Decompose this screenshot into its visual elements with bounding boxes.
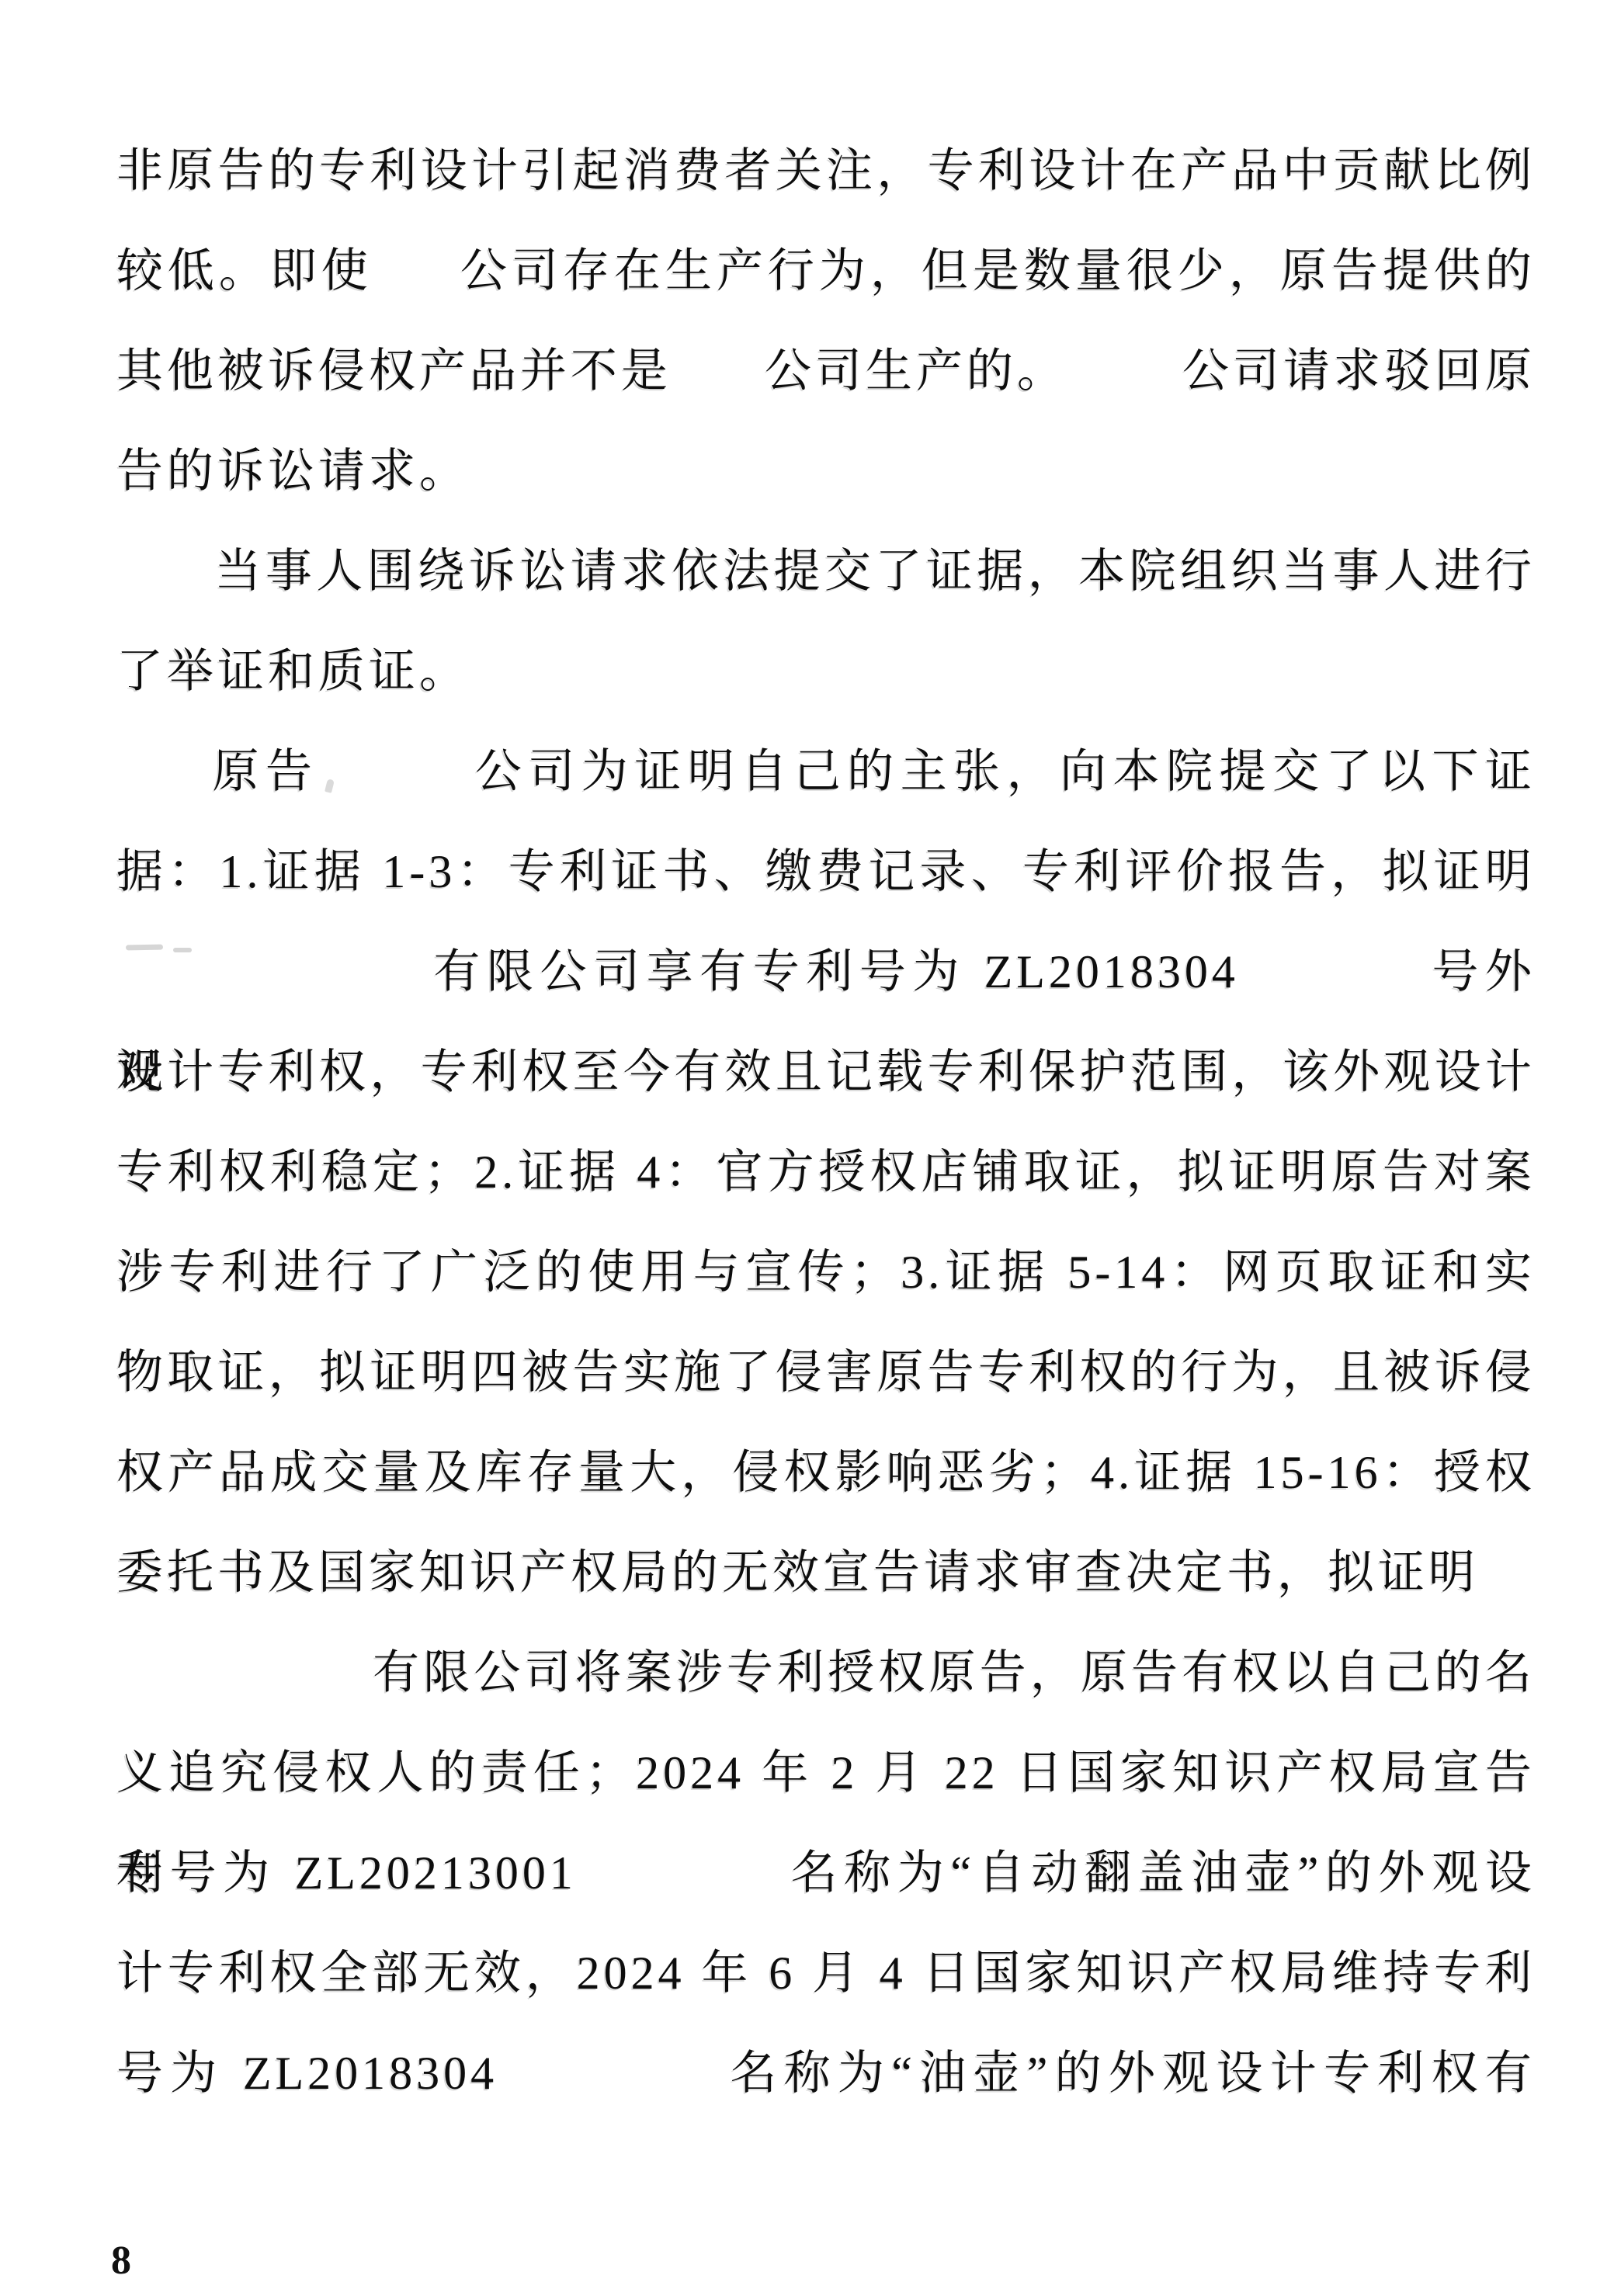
text-line: 物取证，拟证明四被告实施了侵害原告专利权的行为，且被诉侵	[116, 1323, 1536, 1423]
text-segment: 较低。即使	[116, 245, 373, 297]
redacted-blank	[116, 1687, 373, 1688]
text-line: 非原告的专利设计引起消费者关注，专利设计在产品中贡献比例	[116, 121, 1536, 221]
text-segment: 告的诉讼请求。	[116, 446, 470, 497]
page-number: 8	[111, 2234, 173, 2288]
body-text: 非原告的专利设计引起消费者关注，专利设计在产品中贡献比例较低。即使公司存在生产行…	[116, 121, 1536, 2124]
text-line: 号为 ZL2018304名称为“油壶”的外观设计专利权有	[116, 2024, 1536, 2124]
text-line: 了举证和质证。	[116, 622, 1536, 722]
text-line: 有限公司享有专利号为 ZL2018304号外观	[116, 922, 1536, 1022]
text-line: 设计专利权，专利权至今有效且记载专利保护范围，该外观设计	[116, 1022, 1536, 1122]
text-segment: 设计专利权，专利权至今有效且记载专利保护范围，该外观设计	[116, 1046, 1536, 1098]
text-segment: 有限公司将案涉专利授权原告，原告有权以自己的名	[373, 1647, 1536, 1698]
redacted-blank	[498, 2087, 727, 2089]
redacted-blank	[577, 1887, 788, 1888]
text-segment: 公司生产的。	[765, 345, 1067, 397]
text-line: 告的诉讼请求。	[116, 421, 1536, 522]
text-segment: 原告	[210, 746, 318, 797]
text-line: 专利权利稳定；2.证据 4：官方授权店铺取证，拟证明原告对案	[116, 1122, 1536, 1223]
text-segment: 公司存在生产行为，但是数量很少，原告提供的	[460, 245, 1536, 297]
text-segment: 利号为 ZL20213001	[116, 1847, 577, 1899]
text-segment: 名称为“自动翻盖油壶”的外观设	[788, 1847, 1536, 1899]
text-segment: 涉专利进行了广泛的使用与宣传；3.证据 5-14：网页取证和实	[116, 1247, 1536, 1298]
text-line: 计专利权全部无效，2024 年 6 月 4 日国家知识产权局维持专利	[116, 1923, 1536, 2024]
text-line: 利号为 ZL20213001名称为“自动翻盖油壶”的外观设	[116, 1823, 1536, 1923]
text-segment: 公司为证明自己的主张，向本院提交了以下证	[472, 746, 1536, 797]
redacted-blank	[116, 786, 210, 787]
scan-artifact-smudge	[173, 948, 192, 952]
redacted-blank	[373, 285, 460, 286]
redacted-blank	[116, 986, 431, 987]
text-segment: 有限公司享有专利号为 ZL2018304	[431, 946, 1239, 997]
text-segment: 号为 ZL2018304	[116, 2048, 498, 2099]
text-line: 其他被诉侵权产品并不是公司生产的。公司请求驳回原	[116, 321, 1536, 421]
text-line: 有限公司将案涉专利授权原告，原告有权以自己的名	[116, 1623, 1536, 1723]
redacted-blank	[318, 786, 472, 787]
redacted-blank	[1239, 986, 1429, 987]
text-segment: 名称为“油壶”的外观设计专利权有	[727, 2048, 1536, 2099]
text-segment: 公司请求驳回原	[1182, 345, 1536, 397]
text-segment: 权产品成交量及库存量大，侵权影响恶劣；4.证据 15-16：授权	[116, 1447, 1536, 1498]
redacted-blank	[672, 385, 765, 387]
text-segment: 物取证，拟证明四被告实施了侵害原告专利权的行为，且被诉侵	[116, 1347, 1536, 1398]
text-segment: 据：1.证据 1-3：专利证书、缴费记录、专利评价报告，拟证明	[116, 846, 1536, 897]
text-segment: 了举证和质证。	[116, 646, 470, 697]
text-line: 义追究侵权人的责任；2024 年 2 月 22 日国家知识产权局宣告专	[116, 1723, 1536, 1823]
text-segment: 委托书及国家知识产权局的无效宣告请求审查决定书，拟证明	[116, 1547, 1479, 1598]
redacted-blank	[116, 585, 214, 587]
redacted-blank	[1067, 385, 1182, 387]
text-line: 较低。即使公司存在生产行为，但是数量很少，原告提供的	[116, 221, 1536, 321]
text-segment: 其他被诉侵权产品并不是	[116, 345, 672, 397]
text-segment: 专利权利稳定；2.证据 4：官方授权店铺取证，拟证明原告对案	[116, 1146, 1536, 1198]
text-segment: 计专利权全部无效，2024 年 6 月 4 日国家知识产权局维持专利	[116, 1947, 1536, 1999]
text-line: 涉专利进行了广泛的使用与宣传；3.证据 5-14：网页取证和实	[116, 1223, 1536, 1323]
text-segment: 非原告的专利设计引起消费者关注，专利设计在产品中贡献比例	[116, 145, 1536, 196]
text-line: 据：1.证据 1-3：专利证书、缴费记录、专利评价报告，拟证明	[116, 822, 1536, 922]
document-page: 非原告的专利设计引起消费者关注，专利设计在产品中贡献比例较低。即使公司存在生产行…	[0, 0, 1621, 2296]
text-line: 当事人围绕诉讼请求依法提交了证据，本院组织当事人进行	[116, 522, 1536, 622]
text-line: 原告公司为证明自己的主张，向本院提交了以下证	[116, 722, 1536, 822]
text-segment: 当事人围绕诉讼请求依法提交了证据，本院组织当事人进行	[214, 546, 1536, 597]
scan-artifact-smudge	[126, 945, 163, 951]
text-line: 权产品成交量及库存量大，侵权影响恶劣；4.证据 15-16：授权	[116, 1423, 1536, 1523]
text-line: 委托书及国家知识产权局的无效宣告请求审查决定书，拟证明	[116, 1523, 1536, 1623]
